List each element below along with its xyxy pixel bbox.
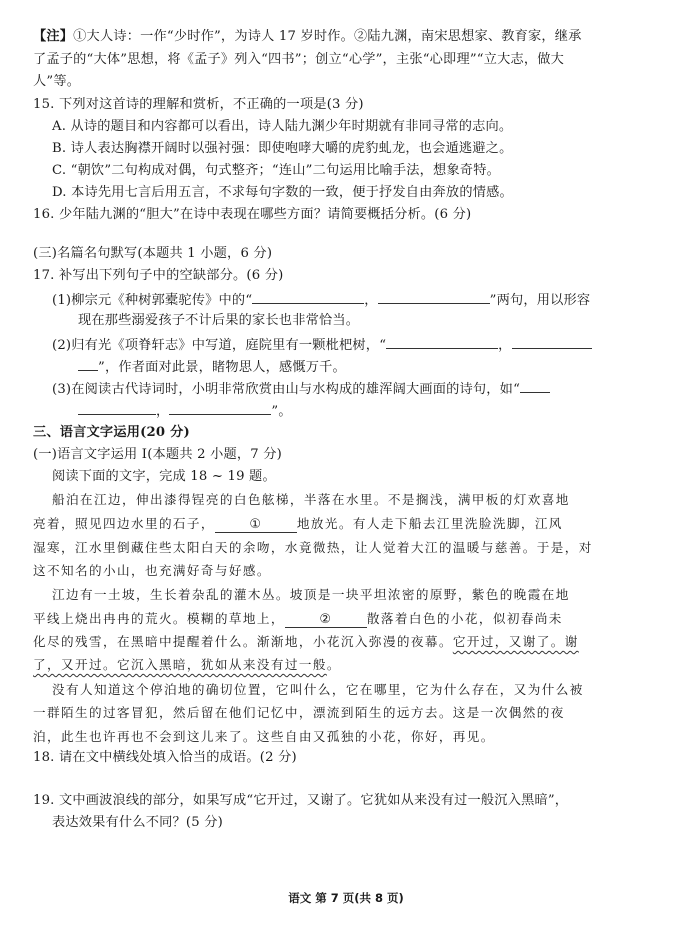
wavy-underlined-text: 它开过，又谢了。谢 bbox=[453, 634, 579, 649]
section-dictation-title: (三)名篇名句默写(本题共 1 小题，6 分) bbox=[33, 244, 272, 264]
q15-option-b: B. 诗人表达胸襟开阔时以强衬强：即使咆哮大嚼的虎豹虬龙，也会遁逃避之。 bbox=[52, 139, 512, 159]
question-15-stem: 15. 下列对这首诗的理解和赏析，不正确的一项是(3 分) bbox=[33, 95, 364, 115]
passage-p2-line-2: 平线上烧出冉冉的荒火。模糊的草地上，②散落着白色的小花，似初春尚未 bbox=[33, 609, 563, 629]
answer-blank[interactable] bbox=[378, 289, 490, 304]
question-19-line-2: 表达效果有什么不同？(5 分) bbox=[52, 813, 223, 833]
note-label: 【注】 bbox=[33, 29, 73, 44]
q15-option-a: A. 从诗的题目和内容都可以看出，诗人陆九渊少年时期就有非同寻常的志向。 bbox=[52, 117, 512, 137]
answer-blank[interactable] bbox=[78, 400, 156, 415]
q17-part-2: (2)归有光《项脊轩志》中写道，庭院里有一颗枇杷树，“， bbox=[52, 334, 592, 356]
q17-part-3-cont: ，”。 bbox=[78, 400, 292, 422]
wavy-underlined-text: 了，又开过。它沉入黑暗，犹如从来没有过一般 bbox=[33, 657, 327, 672]
answer-blank[interactable] bbox=[252, 289, 364, 304]
passage-p3-line-3: 泊，此生也许再也不会到这儿来了。这些自由又孤独的小花，你好，再见。 bbox=[33, 727, 495, 747]
question-18-stem: 18. 请在文中横线处填入恰当的成语。(2 分) bbox=[33, 748, 297, 768]
passage-p1-line-3: 湿寒，江水里倒藏住些太阳白天的余吻，水竟微热，让人觉着大江的温暖与慈善。于是，对 bbox=[33, 538, 593, 558]
question-17-stem: 17. 补写出下列句子中的空缺部分。(6 分) bbox=[33, 266, 283, 286]
q17-part-1-cont: 现在那些溺爱孩子不计后果的家长也非常恰当。 bbox=[78, 311, 359, 331]
answer-blank[interactable] bbox=[520, 378, 550, 393]
passage-p1-line-1: 船泊在江边，伸出漆得锃亮的白色舷梯，半落在水里。不是搁浅，满甲板的灯欢喜地 bbox=[52, 490, 570, 510]
answer-blank[interactable] bbox=[78, 356, 98, 371]
passage-p2-line-1: 江边有一土坡，生长着杂乱的灌木丛。坡顶是一块平坦浓密的原野，紫色的晚霞在地 bbox=[52, 585, 570, 605]
blank-1[interactable]: ① bbox=[215, 518, 297, 533]
blank-2[interactable]: ② bbox=[285, 613, 367, 628]
passage-p2-line-4: 了，又开过。它沉入黑暗，犹如从来没有过一般。 bbox=[33, 655, 341, 675]
q17-part-1: (1)柳宗元《种树郭橐驼传》中的“，”两句，用以形容 bbox=[52, 289, 590, 311]
answer-blank[interactable] bbox=[512, 334, 592, 349]
question-16-stem: 16. 少年陆九渊的“胆大”在诗中表现在哪些方面？请简要概括分析。(6 分) bbox=[33, 205, 471, 225]
passage-p1-line-2: 亮着，照见四边水里的石子，①地放光。有人走下船去江里洗脸洗脚，江风 bbox=[33, 514, 563, 534]
q17-part-3: (3)在阅读古代诗词时，小明非常欣赏由山与水构成的雄浑阔大画面的诗句，如“ bbox=[52, 378, 550, 400]
answer-blank[interactable] bbox=[169, 400, 271, 415]
answer-blank[interactable] bbox=[386, 334, 498, 349]
q15-option-c: C. “朝饮”二句构成对偶，句式整齐；“连山”二句运用比喻手法，想象奇特。 bbox=[52, 161, 500, 181]
reading-instruction: 阅读下面的文字，完成 18 ~ 19 题。 bbox=[52, 467, 276, 487]
page-footer: 语文 第 7 页(共 8 页) bbox=[0, 890, 692, 906]
passage-p3-line-2: 一群陌生的过客冒犯，然后留在他们记忆中，漂流到陌生的远方去。这是一次偶然的夜 bbox=[33, 703, 565, 723]
q17-part-2-cont: ”，作者面对此景，睹物思人，感慨万千。 bbox=[78, 356, 346, 378]
question-19-line-1: 19. 文中画波浪线的部分，如果写成“它开过，又谢了。它犹如从来没有过一般沉入黑… bbox=[33, 791, 568, 811]
passage-p1-line-4: 这不知名的小山，也充满好奇与好感。 bbox=[33, 561, 271, 581]
passage-p3-line-1: 没有人知道这个停泊地的确切位置，它叫什么，它在哪里，它为什么存在，又为什么被 bbox=[52, 680, 584, 700]
note-line-3: 人”等。 bbox=[33, 72, 80, 92]
note-line-2: 了孟子的“大体”思想，将《孟子》列入“四书”；创立“心学”，主张“心即理”“立大… bbox=[33, 50, 564, 70]
note-line-1: 【注】①大人诗：一作“少时作”，为诗人 17 岁时作。②陆九渊，南宋思想家、教育… bbox=[33, 27, 582, 47]
part-3-title: 三、语言文字运用(20 分) bbox=[33, 423, 190, 443]
q15-option-d: D. 本诗先用七言后用五言，不求每句字数的一致，便于抒发自由奔放的情感。 bbox=[52, 183, 513, 203]
passage-p2-line-3: 化尽的残雪，在黑暗中提醒着什么。渐渐地，小花沉入弥漫的夜幕。它开过，又谢了。谢 bbox=[33, 632, 579, 652]
part-3-sub-1: (一)语言文字运用 Ⅰ(本题共 2 小题，7 分) bbox=[33, 445, 282, 465]
